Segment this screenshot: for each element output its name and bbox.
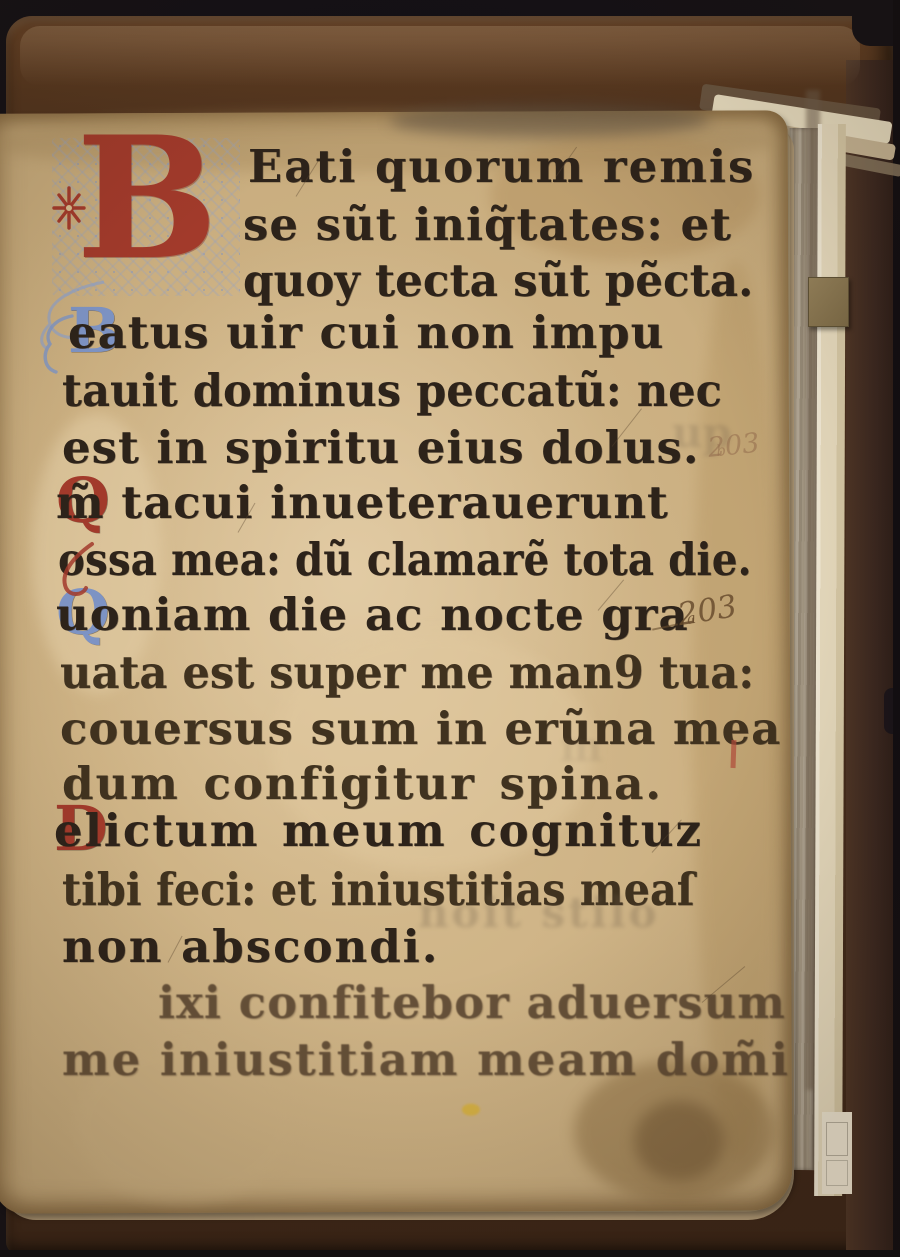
cross-ornament-icon [52, 186, 86, 230]
text-line-16: ixi confitebor aduersum [158, 978, 786, 1028]
yellow-spot [462, 1104, 480, 1116]
leather-highlight [20, 26, 860, 86]
show-through-text: noit stilo [418, 888, 660, 937]
stain [634, 1101, 724, 1181]
text-line-7-body: m̃ tacui inueterauerunt [56, 478, 669, 528]
text-line-10: uata est super me man9 tua: [60, 648, 754, 698]
folio-number-faint: 203b [706, 431, 727, 464]
text-line-11: couersus sum in erũna mea [60, 704, 781, 754]
ruled-card-box [826, 1160, 848, 1186]
initial-b-side-flourish [36, 310, 80, 376]
text-line-5: tauit dominus peccatũ: nec [62, 366, 722, 416]
text-line-1: Eati quorum remis [248, 142, 755, 192]
manuscript-photo: B Eati quorum remis se sũt iniq̃tates: e… [0, 0, 900, 1257]
text-line-15: non abscondi. [62, 922, 439, 972]
text-line-8: ossa mea: dũ clamarẽ tota die. [58, 535, 752, 585]
initial-q-tail-flourish [52, 540, 112, 600]
dropcap-initial-B: B [76, 118, 246, 278]
show-through-text: m [560, 724, 602, 771]
text-line-3: quoy tecta sũt pẽcta. [243, 256, 753, 306]
ruled-card-box [826, 1122, 848, 1156]
text-line-6: est in spiritu eius dolus. [62, 423, 700, 473]
text-line-13-body: elictum meum cognituz [54, 806, 703, 856]
backdrop-bottom-edge [0, 1250, 900, 1257]
text-line-9-body: uoniam die ac nocte gra [56, 590, 689, 640]
leather-cover-right [846, 60, 896, 1250]
text-line-17: me iniustitiam meam dom̃i [62, 1035, 790, 1085]
backdrop-right-edge [893, 0, 900, 1257]
text-line-2: se sũt iniq̃tates: et [243, 200, 732, 250]
index-tab [808, 277, 849, 327]
folio-number-text: 203 [706, 428, 761, 464]
text-line-4-body: eatus uir cui non impu [68, 308, 664, 358]
red-margin-tick [731, 740, 737, 768]
